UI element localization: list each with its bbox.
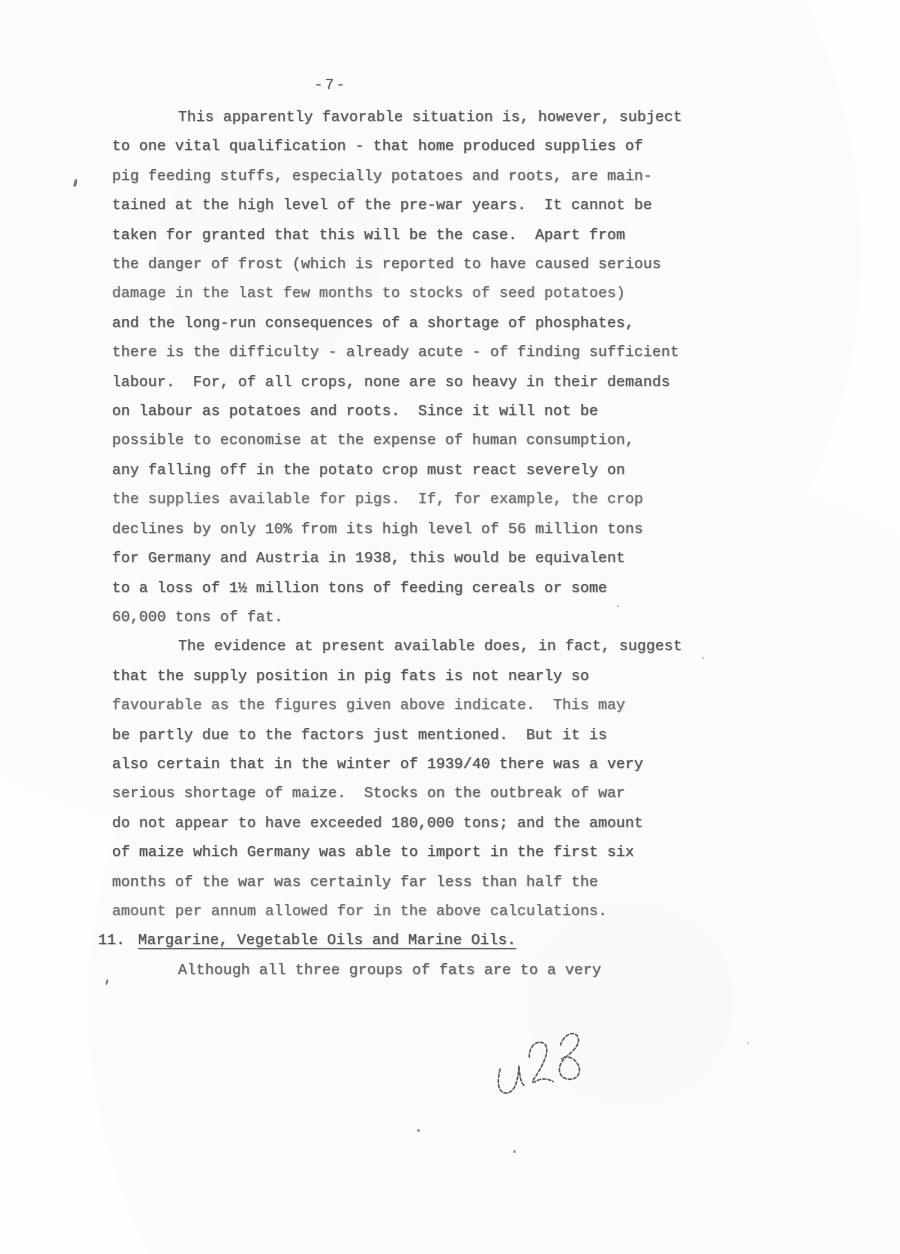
handwritten-digit-8 (557, 1033, 581, 1080)
handwritten-digit-2 (528, 1041, 553, 1083)
text-line: damage in the last few months to stocks … (98, 279, 758, 308)
section-number: 11. (98, 926, 138, 955)
text-line: the supplies available for pigs. If, for… (98, 485, 758, 514)
handwritten-annotation-u28 (483, 1022, 608, 1110)
text-line: the danger of frost (which is reported t… (98, 250, 758, 279)
text-line: tained at the high level of the pre-war … (98, 191, 758, 220)
text-line: that the supply position in pig fats is … (98, 662, 758, 691)
text-line: to a loss of 1½ million tons of feeding … (98, 574, 758, 603)
text-line: to one vital qualification - that home p… (98, 132, 758, 161)
text-line: and the long-run consequences of a short… (98, 309, 758, 338)
text-line: This apparently favorable situation is, … (98, 103, 758, 132)
ink-speck (73, 179, 78, 187)
text-line: declines by only 10% from its high level… (98, 515, 758, 544)
handwritten-letter-u (497, 1066, 525, 1094)
text-line: serious shortage of maize. Stocks on the… (98, 779, 758, 808)
text-line: amount per annum allowed for in the abov… (98, 897, 758, 926)
text-line: favourable as the figures given above in… (98, 691, 758, 720)
text-line: on labour as potatoes and roots. Since i… (98, 397, 758, 426)
text-line: of maize which Germany was able to impor… (98, 838, 758, 867)
text-line: months of the war was certainly far less… (98, 868, 758, 897)
text-line: 60,000 tons of fat. (98, 603, 758, 632)
text-line: The evidence at present available does, … (98, 632, 758, 661)
section-title: Margarine, Vegetable Oils and Marine Oil… (138, 932, 516, 949)
ink-speck (747, 1042, 749, 1044)
text-line: any falling off in the potato crop must … (98, 456, 758, 485)
text-block: This apparently favorable situation is, … (98, 103, 758, 985)
text-line: pig feeding stuffs, especially potatoes … (98, 162, 758, 191)
document-page: -7- This apparently favorable situation … (0, 0, 900, 1254)
section-heading-line: 11.Margarine, Vegetable Oils and Marine … (98, 926, 758, 955)
text-line: also certain that in the winter of 1939/… (98, 750, 758, 779)
text-line: there is the difficulty - already acute … (98, 338, 758, 367)
ink-speck (513, 1150, 516, 1153)
text-line: labour. For, of all crops, none are so h… (98, 368, 758, 397)
ink-speck (702, 657, 704, 659)
text-line: do not appear to have exceeded 180,000 t… (98, 809, 758, 838)
page-number: -7- (314, 77, 347, 94)
text-line: Although all three groups of fats are to… (98, 956, 758, 985)
ink-speck (417, 1129, 420, 1132)
text-line: possible to economise at the expense of … (98, 426, 758, 455)
text-line: taken for granted that this will be the … (98, 221, 758, 250)
text-line: be partly due to the factors just mentio… (98, 721, 758, 750)
ink-speck (617, 605, 619, 607)
text-line: for Germany and Austria in 1938, this wo… (98, 544, 758, 573)
